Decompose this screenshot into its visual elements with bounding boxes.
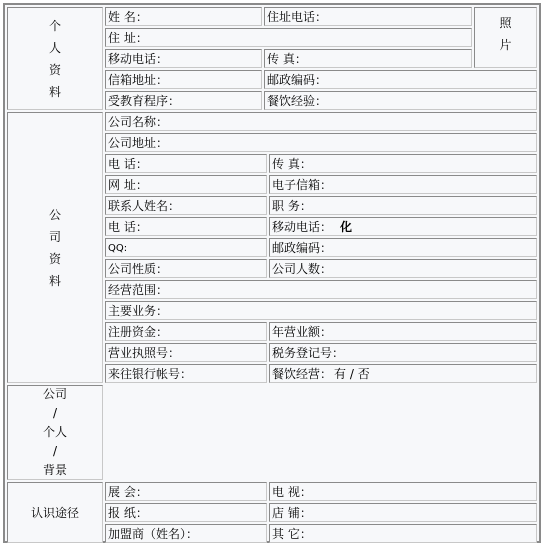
- main-business-field[interactable]: 主要业务：: [105, 301, 537, 320]
- contact-mobile-label: 移动电话：: [272, 220, 332, 234]
- label-char: 料: [49, 81, 61, 103]
- tax-registration-field[interactable]: 税务登记号：: [269, 343, 537, 362]
- headcount-field[interactable]: 公司人数：: [269, 259, 537, 278]
- photo-label-char: 照: [475, 12, 536, 34]
- qq-field[interactable]: QQ:: [105, 238, 267, 257]
- contact-name-field[interactable]: 联系人姓名：: [105, 196, 267, 215]
- business-license-label: 营业执照号：: [108, 346, 180, 360]
- registered-capital-field[interactable]: 注册资金：: [105, 322, 267, 341]
- address-field[interactable]: 住 址：: [105, 28, 472, 47]
- franchisee-field[interactable]: 加盟商（姓名）：: [105, 524, 267, 543]
- main-business-label: 主要业务：: [108, 304, 168, 318]
- contact-mobile-field[interactable]: 移动电话：化: [269, 217, 537, 236]
- business-license-field[interactable]: 营业执照号：: [105, 343, 267, 362]
- label-char: 料: [49, 270, 61, 292]
- catering-operation-options[interactable]: 有 / 否: [334, 367, 370, 381]
- company-nature-label: 公司性质：: [108, 262, 168, 276]
- annual-revenue-label: 年营业额：: [272, 325, 332, 339]
- education-field[interactable]: 受教育程序：: [105, 91, 262, 110]
- email-field[interactable]: 信箱地址：: [105, 70, 262, 89]
- registered-capital-label: 注册资金：: [108, 325, 168, 339]
- company-address-field[interactable]: 公司地址：: [105, 133, 537, 152]
- label-char: 个: [49, 15, 61, 37]
- label-text: 认识途径: [31, 502, 79, 524]
- label-text: 背景: [43, 461, 67, 480]
- company-phone-field[interactable]: 电 话：: [105, 154, 267, 173]
- headcount-label: 公司人数：: [272, 262, 332, 276]
- company-name-label: 公司名称：: [108, 115, 168, 129]
- postcode-field[interactable]: 邮政编码：: [264, 70, 537, 89]
- personal-section-label: 个 人 资 料: [7, 7, 103, 110]
- home-phone-field[interactable]: 住址电话：: [264, 7, 472, 26]
- company-postcode-label: 邮政编码：: [272, 241, 332, 255]
- label-char: 资: [49, 248, 61, 270]
- name-field[interactable]: 姓 名：: [105, 7, 262, 26]
- store-field[interactable]: 店 铺：: [269, 503, 537, 522]
- label-text: 公司: [43, 385, 67, 404]
- fax-label: 传 真：: [267, 52, 307, 66]
- label-char: 资: [49, 59, 61, 81]
- name-label: 姓 名：: [108, 10, 148, 24]
- label-text: /: [53, 404, 57, 423]
- contact-phone-field[interactable]: 电 话：: [105, 217, 267, 236]
- annual-revenue-field[interactable]: 年营业额：: [269, 322, 537, 341]
- newspaper-field[interactable]: 报 纸：: [105, 503, 267, 522]
- catering-experience-label: 餐饮经验：: [267, 94, 327, 108]
- company-section-label: 公 司 资 料: [7, 112, 103, 383]
- exhibition-label: 展 会：: [108, 485, 148, 499]
- position-label: 职 务：: [272, 199, 312, 213]
- tv-label: 电 视：: [272, 485, 312, 499]
- company-fax-label: 传 真：: [272, 157, 312, 171]
- education-label: 受教育程序：: [108, 94, 180, 108]
- company-address-label: 公司地址：: [108, 136, 168, 150]
- label-text: /: [53, 442, 57, 461]
- application-form: 个 人 资 料 姓 名： 住址电话： 照 片 住 址： 移动电话： 传 真： 信…: [3, 3, 541, 543]
- home-phone-label: 住址电话：: [267, 10, 327, 24]
- exhibition-field[interactable]: 展 会：: [105, 482, 267, 501]
- catering-operation-field[interactable]: 餐饮经营：有 / 否: [269, 364, 537, 383]
- position-field[interactable]: 职 务：: [269, 196, 537, 215]
- tv-field[interactable]: 电 视：: [269, 482, 537, 501]
- store-label: 店 铺：: [272, 506, 312, 520]
- company-nature-field[interactable]: 公司性质：: [105, 259, 267, 278]
- other-field[interactable]: 其 它：: [269, 524, 537, 543]
- other-label: 其 它：: [272, 527, 312, 541]
- company-email-field[interactable]: 电子信箱：: [269, 175, 537, 194]
- website-field[interactable]: 网 址：: [105, 175, 267, 194]
- photo-label-char: 片: [475, 34, 536, 56]
- photo-area[interactable]: 照 片: [474, 7, 537, 68]
- catering-experience-field[interactable]: 餐饮经验：: [264, 91, 537, 110]
- tax-registration-label: 税务登记号：: [272, 346, 344, 360]
- franchisee-label: 加盟商（姓名）：: [108, 527, 198, 541]
- newspaper-label: 报 纸：: [108, 506, 148, 520]
- bank-account-label: 来往银行帐号：: [108, 367, 192, 381]
- company-name-field[interactable]: 公司名称：: [105, 112, 537, 131]
- company-fax-field[interactable]: 传 真：: [269, 154, 537, 173]
- label-char: 人: [49, 37, 61, 59]
- business-scope-field[interactable]: 经营范围：: [105, 280, 537, 299]
- company-email-label: 电子信箱：: [272, 178, 332, 192]
- label-char: 公: [49, 204, 61, 226]
- qq-label: QQ:: [108, 243, 127, 254]
- source-section-label: 认识途径: [7, 482, 103, 543]
- mobile-label: 移动电话：: [108, 52, 168, 66]
- business-scope-label: 经营范围：: [108, 283, 168, 297]
- contact-phone-label: 电 话：: [108, 220, 148, 234]
- bank-account-field[interactable]: 来往银行帐号：: [105, 364, 267, 383]
- postcode-label: 邮政编码：: [267, 73, 327, 87]
- company-phone-label: 电 话：: [108, 157, 148, 171]
- website-label: 网 址：: [108, 178, 148, 192]
- company-postcode-field[interactable]: 邮政编码：: [269, 238, 537, 257]
- background-content-area[interactable]: [105, 385, 537, 480]
- catering-operation-label: 餐饮经营：: [272, 367, 332, 381]
- mobile-field[interactable]: 移动电话：: [105, 49, 262, 68]
- contact-name-label: 联系人姓名：: [108, 199, 180, 213]
- label-char: 司: [49, 226, 61, 248]
- contact-mobile-value: 化: [340, 220, 352, 234]
- address-label: 住 址：: [108, 31, 148, 45]
- fax-field[interactable]: 传 真：: [264, 49, 472, 68]
- label-text: 个人: [43, 423, 67, 442]
- email-label: 信箱地址：: [108, 73, 168, 87]
- background-section-label: 公司 / 个人 / 背景: [7, 385, 103, 480]
